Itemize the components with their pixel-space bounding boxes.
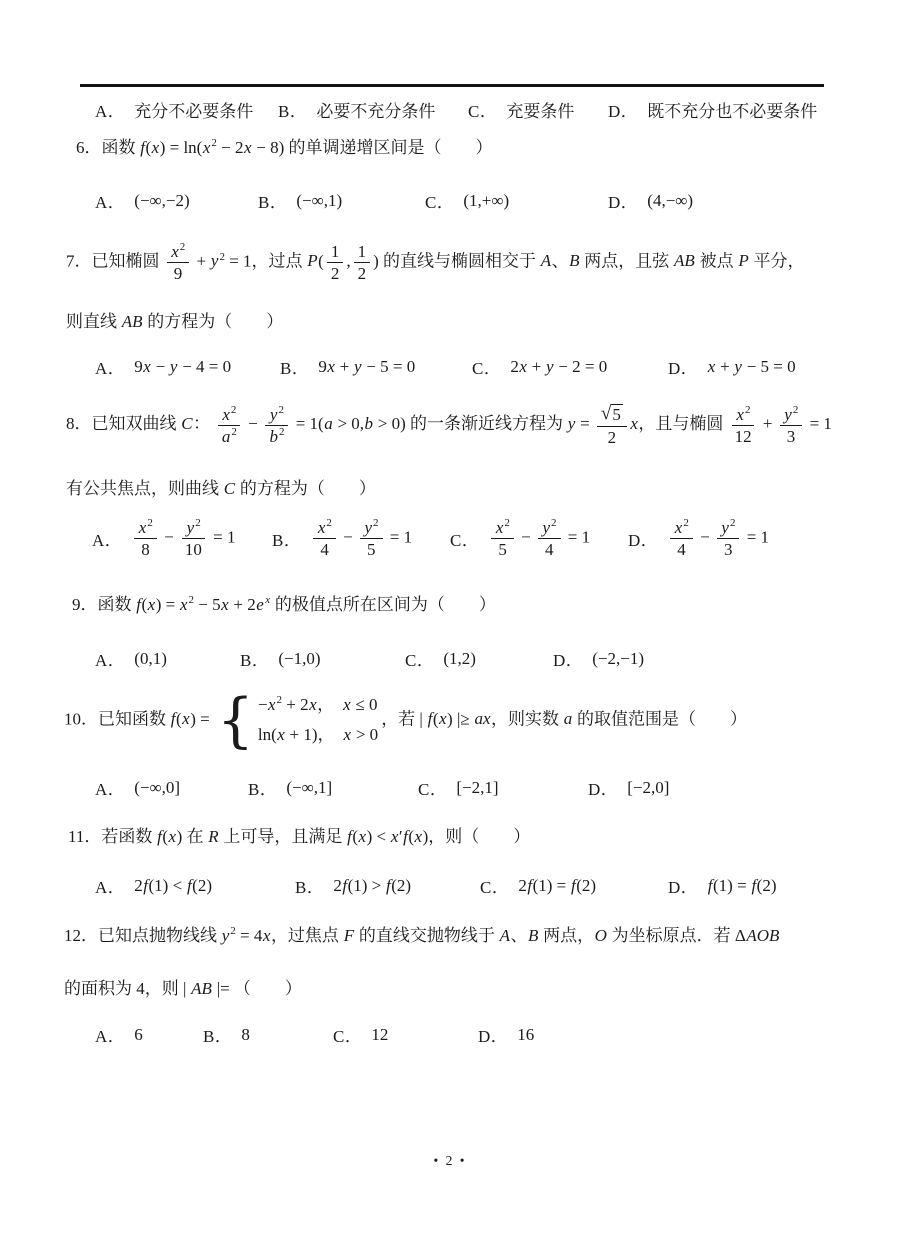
math-variable: x: [202, 138, 211, 157]
option-c: C．充要条件: [468, 97, 608, 122]
fraction-denominator: 4: [541, 539, 558, 559]
fraction-numerator: 1: [327, 242, 344, 263]
math-variable: x: [243, 138, 252, 157]
math-text: +: [759, 414, 777, 433]
math-text: 两点，且弦: [580, 251, 674, 270]
option-label: D．: [608, 97, 638, 122]
math-text: 1: [331, 242, 340, 261]
math-text: + 2: [282, 695, 309, 714]
fraction: y23: [717, 518, 740, 559]
option-b: B．(−1,0): [240, 646, 405, 671]
math-text: ≤ 0: [351, 695, 377, 714]
math-variable: ax: [474, 709, 491, 728]
math-text: − 4 = 0: [178, 357, 231, 376]
math-text: 8．已知双曲线: [66, 414, 181, 433]
math-text: 、: [510, 926, 527, 945]
math-text: 6．函数: [76, 138, 140, 157]
math-text: ，则实数: [491, 709, 563, 728]
option-content: (1,+∞): [463, 191, 509, 211]
option-content: 16: [517, 1025, 534, 1045]
option-content: (0,1): [134, 649, 167, 669]
option-a: A．充分不必要条件: [95, 97, 278, 122]
math-text: 充要条件: [506, 102, 574, 121]
math-variable: b: [269, 427, 279, 446]
math-text: +: [335, 357, 353, 376]
option-a: A．(−∞,0]: [95, 775, 248, 800]
math-variable: P: [307, 251, 318, 270]
piecewise-row: ln(x + 1)， x > 0: [258, 724, 378, 747]
math-text: 充分不必要条件: [134, 102, 253, 121]
option-label: D．: [553, 646, 583, 671]
math-text: (2): [192, 876, 212, 895]
option-a: A．(−∞,−2): [95, 188, 258, 213]
math-text: 9: [174, 264, 183, 283]
math-text: (−2,−1): [592, 649, 644, 668]
fraction-numerator: x2: [670, 518, 693, 539]
math-text: ) =: [156, 595, 180, 614]
math-variable: C: [223, 479, 235, 498]
fraction: 12: [354, 242, 371, 283]
math-text: ) =: [190, 709, 214, 728]
math-variable: e: [256, 595, 265, 614]
math-superscript: 2: [231, 404, 237, 416]
math-text: − 2: [217, 138, 244, 157]
question-7-stem-line1: 7．已知椭圆 x29 + y2 = 1，过点 P(12,12) 的直线与椭圆相交…: [66, 242, 804, 283]
math-text: ) 的直线与椭圆相交于: [373, 251, 540, 270]
math-variable: x: [182, 709, 191, 728]
option-label: C．: [450, 526, 479, 551]
option-content: x + y − 5 = 0: [707, 357, 795, 377]
option-label: A．: [95, 97, 125, 122]
math-text: (−1,0): [278, 649, 320, 668]
option-label: C．: [480, 873, 509, 898]
math-variable: x: [390, 827, 399, 846]
option-label: D．: [608, 188, 638, 213]
option-label: D．: [668, 873, 698, 898]
option-label: B．: [240, 646, 269, 671]
fraction: x2a2: [217, 405, 241, 446]
math-text: > 0,: [333, 414, 364, 433]
math-text: +: [527, 357, 545, 376]
math-text: 3: [724, 540, 733, 559]
math-text: (1) >: [348, 876, 386, 895]
math-text: + 1)，: [285, 725, 343, 744]
math-text: = 1: [742, 527, 769, 546]
option-content: 必要不充分条件: [316, 97, 435, 122]
math-text: 2: [358, 264, 367, 283]
math-text: −: [258, 695, 268, 714]
math-text: (2): [576, 876, 596, 895]
option-label: D．: [478, 1022, 508, 1047]
math-superscript: 2: [326, 517, 332, 529]
option-label: A．: [92, 526, 122, 551]
math-text: (−∞,−2): [134, 191, 189, 210]
math-text: 2: [333, 876, 342, 895]
math-text: 16: [517, 1025, 534, 1044]
math-text: ：: [193, 414, 214, 433]
fraction: x28: [134, 518, 157, 559]
math-text: 4: [545, 540, 554, 559]
math-variable: x: [358, 827, 367, 846]
option-c: C．2x + y − 2 = 0: [472, 354, 668, 379]
math-text: = 1: [209, 527, 236, 546]
math-variable: y: [364, 518, 373, 537]
fraction: y25: [360, 518, 383, 559]
math-text: = 1: [805, 414, 832, 433]
math-text: + 2: [229, 595, 256, 614]
fraction: x29: [167, 242, 190, 283]
option-content: (−∞,1]: [286, 778, 332, 798]
math-variable: y: [210, 251, 219, 270]
option-content: 2f(1) < f(2): [134, 876, 212, 896]
fraction-numerator: x2: [218, 405, 241, 426]
option-label: B．: [203, 1022, 232, 1047]
math-superscript: 2: [504, 517, 510, 529]
math-text: − 5 = 0: [742, 357, 795, 376]
math-text: (: [176, 709, 182, 728]
math-variable: x: [179, 595, 188, 614]
fraction-numerator: y2: [360, 518, 383, 539]
math-superscript: 2: [745, 404, 751, 416]
math-superscript: 2: [231, 426, 237, 438]
fraction-denominator: 12: [731, 426, 756, 446]
option-content: 8: [241, 1025, 250, 1045]
math-superscript: 2: [683, 517, 689, 529]
option-label: B．: [278, 97, 307, 122]
math-variable: x: [151, 138, 160, 157]
math-variable: B: [527, 926, 538, 945]
math-text: −: [517, 527, 535, 546]
math-variable: AB: [121, 312, 143, 331]
math-variable: x: [439, 709, 448, 728]
math-superscript: 2: [373, 517, 379, 529]
math-variable: AOB: [746, 926, 780, 945]
fraction: √52: [597, 404, 627, 447]
fraction-denominator: 4: [673, 539, 690, 559]
math-variable: x: [736, 405, 745, 424]
math-text: 5: [367, 540, 376, 559]
math-variable: O: [594, 926, 607, 945]
fraction-numerator: y2: [265, 405, 288, 426]
math-variable: C: [181, 414, 193, 433]
math-text: 5: [498, 540, 507, 559]
option-label: C．: [333, 1022, 362, 1047]
question-6-stem: 6．函数 f(x) = ln(x2 − 2x − 8) 的单调递增区间是（ ）: [76, 137, 493, 160]
option-label: B．: [248, 775, 277, 800]
question-8-options-row: A．x28 − y210 = 1B．x24 − y25 = 1C．x25 − y…: [92, 518, 769, 559]
math-text: −: [151, 357, 169, 376]
fraction: y2b2: [265, 405, 289, 446]
math-superscript: 2: [279, 426, 285, 438]
math-text: (1,2): [443, 649, 476, 668]
math-variable: x: [221, 595, 230, 614]
option-a: A．x28 − y210 = 1: [92, 518, 272, 559]
option-d: D．x + y − 5 = 0: [668, 354, 796, 379]
option-b: B．必要不充分条件: [278, 97, 468, 122]
option-label: C．: [405, 646, 434, 671]
math-text: 的方程为（ ）: [236, 479, 376, 498]
math-text: 9．函数: [72, 595, 136, 614]
math-text: − 8) 的单调递增区间是（ ）: [252, 138, 493, 157]
fraction-denominator: 8: [137, 539, 154, 559]
question-11-options-row: A．2f(1) < f(2)B．2f(1) > f(2)C．2f(1) = f(…: [95, 873, 777, 898]
option-content: (−1,0): [278, 649, 320, 669]
math-text: 上可导，且满足: [219, 827, 347, 846]
math-variable: A: [499, 926, 510, 945]
option-label: A．: [95, 1022, 125, 1047]
option-d: D．16: [478, 1022, 534, 1047]
piecewise: {−x2 + 2x， x ≤ 0ln(x + 1)， x > 0: [217, 694, 378, 747]
option-b: B．8: [203, 1022, 333, 1047]
fraction-numerator: y2: [538, 518, 561, 539]
math-variable: A: [540, 251, 551, 270]
option-content: 9x + y − 5 = 0: [318, 357, 415, 377]
math-variable: y: [353, 357, 362, 376]
math-text: 12: [735, 427, 752, 446]
radical: √5: [601, 404, 623, 425]
fraction-numerator: x2: [167, 242, 190, 263]
math-variable: y: [269, 405, 278, 424]
math-text: −: [339, 527, 357, 546]
math-text: 4: [320, 540, 329, 559]
fraction: 12: [327, 242, 344, 283]
math-text: 的方程为（ ）: [143, 312, 283, 331]
option-a: A．2f(1) < f(2): [95, 873, 295, 898]
option-label: B．: [258, 188, 287, 213]
option-a: A．(0,1): [95, 646, 240, 671]
option-label: C．: [418, 775, 447, 800]
math-text: (−∞,1): [296, 191, 342, 210]
fraction-denominator: 2: [604, 427, 621, 447]
math-variable: F: [343, 926, 354, 945]
fraction: y210: [181, 518, 206, 559]
option-content: 充分不必要条件: [134, 97, 253, 122]
page-number: • 2 •: [0, 1153, 900, 1169]
option-label: A．: [95, 646, 125, 671]
fraction-denominator: 10: [181, 539, 206, 559]
math-text: ) |≥: [447, 709, 474, 728]
math-variable: x: [262, 926, 271, 945]
option-content: x28 − y210 = 1: [131, 518, 235, 559]
option-c: C．(1,2): [405, 646, 553, 671]
math-variable: x: [277, 725, 286, 744]
option-label: C．: [468, 97, 497, 122]
option-label: D．: [668, 354, 698, 379]
math-variable: y: [567, 414, 576, 433]
option-label: B．: [272, 526, 301, 551]
fraction: y23: [780, 405, 803, 446]
math-variable: y: [186, 518, 195, 537]
math-text: 为坐标原点．若 Δ: [607, 926, 745, 945]
question-9-options-row: A．(0,1)B．(−1,0)C．(1,2)D．(−2,−1): [95, 646, 644, 671]
math-superscript: 2: [793, 404, 799, 416]
fraction-numerator: x2: [732, 405, 755, 426]
math-text: 8: [241, 1025, 250, 1044]
option-content: (−∞,1): [296, 191, 342, 211]
option-content: [−2,0]: [627, 778, 669, 798]
math-text: 被点: [695, 251, 738, 270]
math-text: − 5 = 0: [362, 357, 415, 376]
math-variable: x: [267, 695, 276, 714]
piecewise-rows: −x2 + 2x， x ≤ 0ln(x + 1)， x > 0: [258, 694, 378, 747]
math-text: ，若 |: [381, 709, 427, 728]
option-label: A．: [95, 873, 125, 898]
math-superscript: 2: [180, 241, 186, 253]
math-text: ，: [317, 695, 343, 714]
math-text: 1: [358, 242, 367, 261]
math-text: 既不充分也不必要条件: [647, 102, 817, 121]
math-text: (−∞,0]: [134, 778, 180, 797]
option-d: D．[−2,0]: [588, 775, 669, 800]
option-content: 充要条件: [506, 97, 574, 122]
math-text: 2: [331, 264, 340, 283]
option-label: A．: [95, 775, 125, 800]
option-c: C．12: [333, 1022, 478, 1047]
math-text: 2: [510, 357, 519, 376]
option-content: 2f(1) > f(2): [333, 876, 411, 896]
math-text: )，则（ ）: [423, 827, 531, 846]
math-text: − 2 = 0: [554, 357, 607, 376]
math-text: 7．已知椭圆: [66, 251, 164, 270]
math-text: [−2,0]: [627, 778, 669, 797]
math-variable: x: [414, 827, 423, 846]
option-d: D．(4,−∞): [608, 188, 693, 213]
option-content: x24 − y23 = 1: [667, 518, 769, 559]
fraction-denominator: 4: [316, 539, 333, 559]
math-text: +: [192, 251, 210, 270]
option-content: 12: [371, 1025, 388, 1045]
math-text: 9: [134, 357, 143, 376]
option-c: C．2f(1) = f(2): [480, 873, 668, 898]
math-variable: x: [674, 518, 683, 537]
math-variable: y: [784, 405, 793, 424]
math-superscript: 2: [730, 517, 736, 529]
question-10-stem: 10．已知函数 f(x) = {−x2 + 2x， x ≤ 0ln(x + 1)…: [64, 694, 747, 747]
fraction-denominator: 3: [783, 426, 800, 446]
math-text: 8: [141, 540, 150, 559]
fraction-denominator: 2: [354, 263, 371, 283]
option-content: (−2,−1): [592, 649, 644, 669]
math-variable: b: [364, 414, 374, 433]
math-superscript: 2: [278, 404, 284, 416]
fraction-numerator: 1: [354, 242, 371, 263]
math-text: = 1: [564, 527, 591, 546]
math-text: 10: [185, 540, 202, 559]
question-5-options-row: A．充分不必要条件B．必要不充分条件C．充要条件D．既不充分也不必要条件: [95, 97, 817, 122]
option-b: B．(−∞,1]: [248, 775, 418, 800]
math-text: 11．若函数: [68, 827, 157, 846]
math-variable: y: [545, 357, 554, 376]
option-content: 2x + y − 2 = 0: [510, 357, 607, 377]
math-variable: x: [707, 357, 716, 376]
question-12-stem-line1: 12．已知点抛物线线 y2 = 4x，过焦点 F 的直线交抛物线于 A、B 两点…: [64, 925, 780, 948]
fraction-denominator: 3: [720, 539, 737, 559]
fraction: x25: [491, 518, 514, 559]
fraction-denominator: 9: [170, 263, 187, 283]
option-label: B．: [280, 354, 309, 379]
question-6-options-row: A．(−∞,−2)B．(−∞,1)C．(1,+∞)D．(4,−∞): [95, 188, 693, 213]
fraction-numerator: y2: [780, 405, 803, 426]
math-text: 2: [134, 876, 143, 895]
fraction-denominator: 2: [327, 263, 344, 283]
math-text: = 1，过点: [225, 251, 307, 270]
option-b: B．2f(1) > f(2): [295, 873, 480, 898]
math-variable: x: [495, 518, 504, 537]
option-label: A．: [95, 354, 125, 379]
fraction-numerator: √5: [597, 404, 627, 427]
math-variable: x: [343, 695, 352, 714]
math-variable: R: [208, 827, 219, 846]
math-variable: x: [171, 242, 180, 261]
math-text: +: [716, 357, 734, 376]
math-variable: B: [569, 251, 580, 270]
math-variable: x: [147, 595, 156, 614]
math-text: = 1(: [291, 414, 323, 433]
option-content: x24 − y25 = 1: [310, 518, 412, 559]
fraction-numerator: x2: [491, 518, 514, 539]
math-variable: x: [222, 405, 231, 424]
math-text: 的面积为 4，则 |: [64, 979, 191, 998]
math-text: ) 在: [177, 827, 208, 846]
math-variable: y: [221, 926, 230, 945]
math-text: (1) <: [149, 876, 187, 895]
math-variable: x: [138, 518, 147, 537]
option-content: (−∞,−2): [134, 191, 189, 211]
math-text: −: [160, 527, 178, 546]
option-b: B．x24 − y25 = 1: [272, 518, 450, 559]
math-text: 6: [134, 1025, 143, 1044]
fraction-denominator: 5: [363, 539, 380, 559]
math-text: (−∞,1]: [286, 778, 332, 797]
option-content: 6: [134, 1025, 143, 1045]
math-superscript: 2: [147, 517, 153, 529]
math-text: ln(: [258, 725, 277, 744]
radical-sign: √: [601, 404, 611, 424]
fraction-numerator: x2: [134, 518, 157, 539]
fraction-denominator: 5: [494, 539, 511, 559]
math-variable: AB: [674, 251, 696, 270]
math-text: 2: [608, 428, 617, 447]
radicand: 5: [611, 404, 623, 425]
option-d: D．既不充分也不必要条件: [608, 97, 817, 122]
question-11-stem: 11．若函数 f(x) 在 R 上可导，且满足 f(x) < x′f(x)，则（…: [68, 826, 530, 849]
question-10-options-row: A．(−∞,0]B．(−∞,1]C．[−2,1]D．[−2,0]: [95, 775, 669, 800]
option-label: D．: [588, 775, 618, 800]
math-text: (4,−∞): [647, 191, 693, 210]
math-text: 12．已知点抛物线线: [64, 926, 221, 945]
math-variable: y: [169, 357, 178, 376]
math-text: 的极值点所在区间为（ ）: [271, 595, 496, 614]
option-content: (4,−∞): [647, 191, 693, 211]
option-b: B．(−∞,1): [258, 188, 425, 213]
option-b: B．9x + y − 5 = 0: [280, 354, 472, 379]
option-d: D．f(1) = f(2): [668, 873, 777, 898]
option-content: [−2,1]: [456, 778, 498, 798]
option-label: D．: [628, 526, 658, 551]
fraction: y24: [538, 518, 561, 559]
option-content: (−∞,0]: [134, 778, 180, 798]
math-text: − 5: [194, 595, 221, 614]
math-text: 必要不充分条件: [316, 102, 435, 121]
option-d: D．(−2,−1): [553, 646, 644, 671]
math-variable: y: [542, 518, 551, 537]
math-text: ,: [346, 251, 350, 270]
math-text: > 0) 的一条渐近线方程为: [374, 414, 568, 433]
question-8-stem-line2: 有公共焦点，则曲线 C 的方程为（ ）: [66, 478, 376, 501]
math-text: = 1: [386, 527, 413, 546]
math-text: (1) =: [713, 876, 751, 895]
math-text: [−2,1]: [456, 778, 498, 797]
